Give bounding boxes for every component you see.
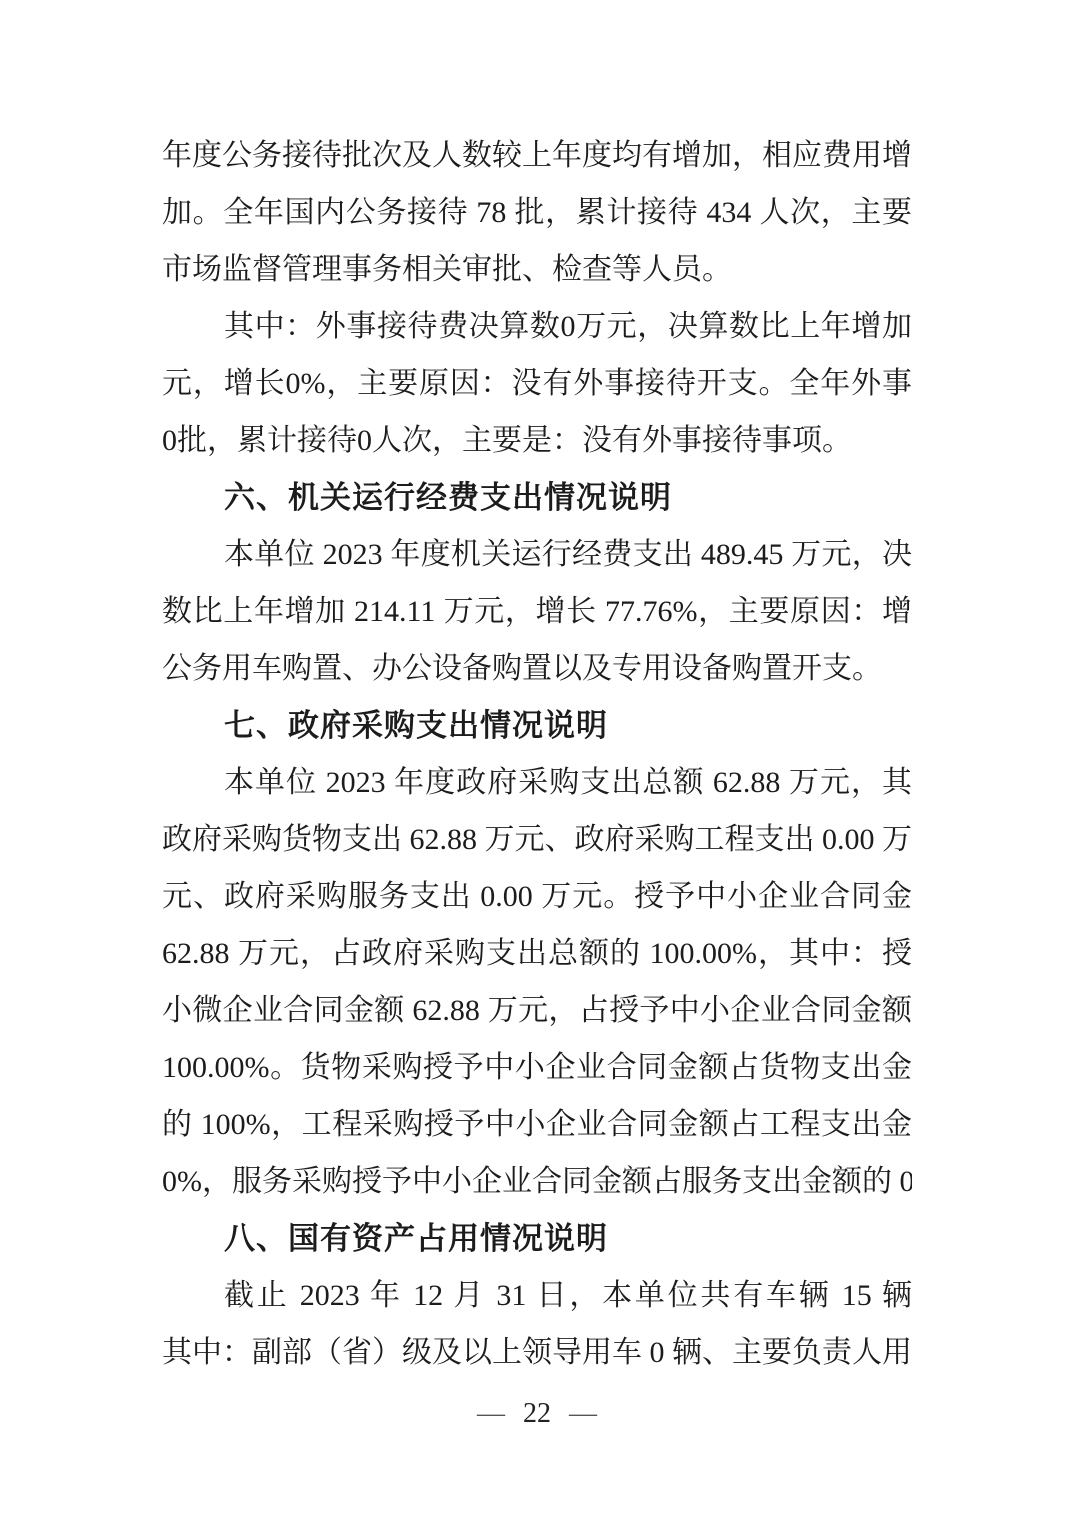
body-line: 100.00%。货物采购授予中小企业合同金额占货物支出金额 <box>162 1039 912 1096</box>
body-line: 本单位 2023 年度政府采购支出总额 62.88 万元，其中： <box>162 754 912 811</box>
text-block: 年度公务接待批次及人数较上年度均有增加，相应费用增 加。全年国内公务接待 78 … <box>162 127 912 1381</box>
body-line: 市场监督管理事务相关审批、检查等人员。 <box>162 241 912 298</box>
body-line: 元，增长0%，主要原因：没有外事接待开支。全年外事接待 <box>162 355 912 412</box>
heading-section-8: 八、国有资产占用情况说明 <box>162 1210 912 1267</box>
body-line: 其中：外事接待费决算数0万元，决算数比上年增加0万 <box>162 298 912 355</box>
body-line: 公务用车购置、办公设备购置以及专用设备购置开支。 <box>162 640 912 697</box>
footer-dash-right: — <box>569 1398 597 1429</box>
body-line: 加。全年国内公务接待 78 批，累计接待 434 人次，主要是:: <box>162 184 912 241</box>
body-line: 数比上年增加 214.11 万元，增长 77.76%，主要原因：增加 <box>162 583 912 640</box>
body-line: 元、政府采购服务支出 0.00 万元。授予中小企业合同金额 <box>162 868 912 925</box>
body-line: 年度公务接待批次及人数较上年度均有增加，相应费用增 <box>162 127 912 184</box>
document-page: 年度公务接待批次及人数较上年度均有增加，相应费用增 加。全年国内公务接待 78 … <box>0 0 1074 1520</box>
body-line: 截止 2023 年 12 月 31 日，本单位共有车辆 15 辆（台）， <box>162 1267 912 1324</box>
page-number: 22 <box>523 1398 551 1430</box>
heading-section-6: 六、机关运行经费支出情况说明 <box>162 469 912 526</box>
body-line: 0批，累计接待0人次，主要是：没有外事接待事项。 <box>162 412 912 469</box>
page-footer: —22— <box>0 1398 1074 1430</box>
body-line: 62.88 万元，占政府采购支出总额的 100.00%，其中：授予 <box>162 925 912 982</box>
body-line: 0%，服务采购授予中小企业合同金额占服务支出金额的 0%。 <box>162 1153 912 1210</box>
body-line: 政府采购货物支出 62.88 万元、政府采购工程支出 0.00 万 <box>162 811 912 868</box>
body-line: 小微企业合同金额 62.88 万元，占授予中小企业合同金额的 <box>162 982 912 1039</box>
heading-section-7: 七、政府采购支出情况说明 <box>162 697 912 754</box>
body-line: 本单位 2023 年度机关运行经费支出 489.45 万元，决算 <box>162 526 912 583</box>
body-line: 其中：副部（省）级及以上领导用车 0 辆、主要负责人用车 <box>162 1324 912 1381</box>
footer-dash-left: — <box>477 1398 505 1429</box>
body-line: 的 100%，工程采购授予中小企业合同金额占工程支出金额的 <box>162 1096 912 1153</box>
